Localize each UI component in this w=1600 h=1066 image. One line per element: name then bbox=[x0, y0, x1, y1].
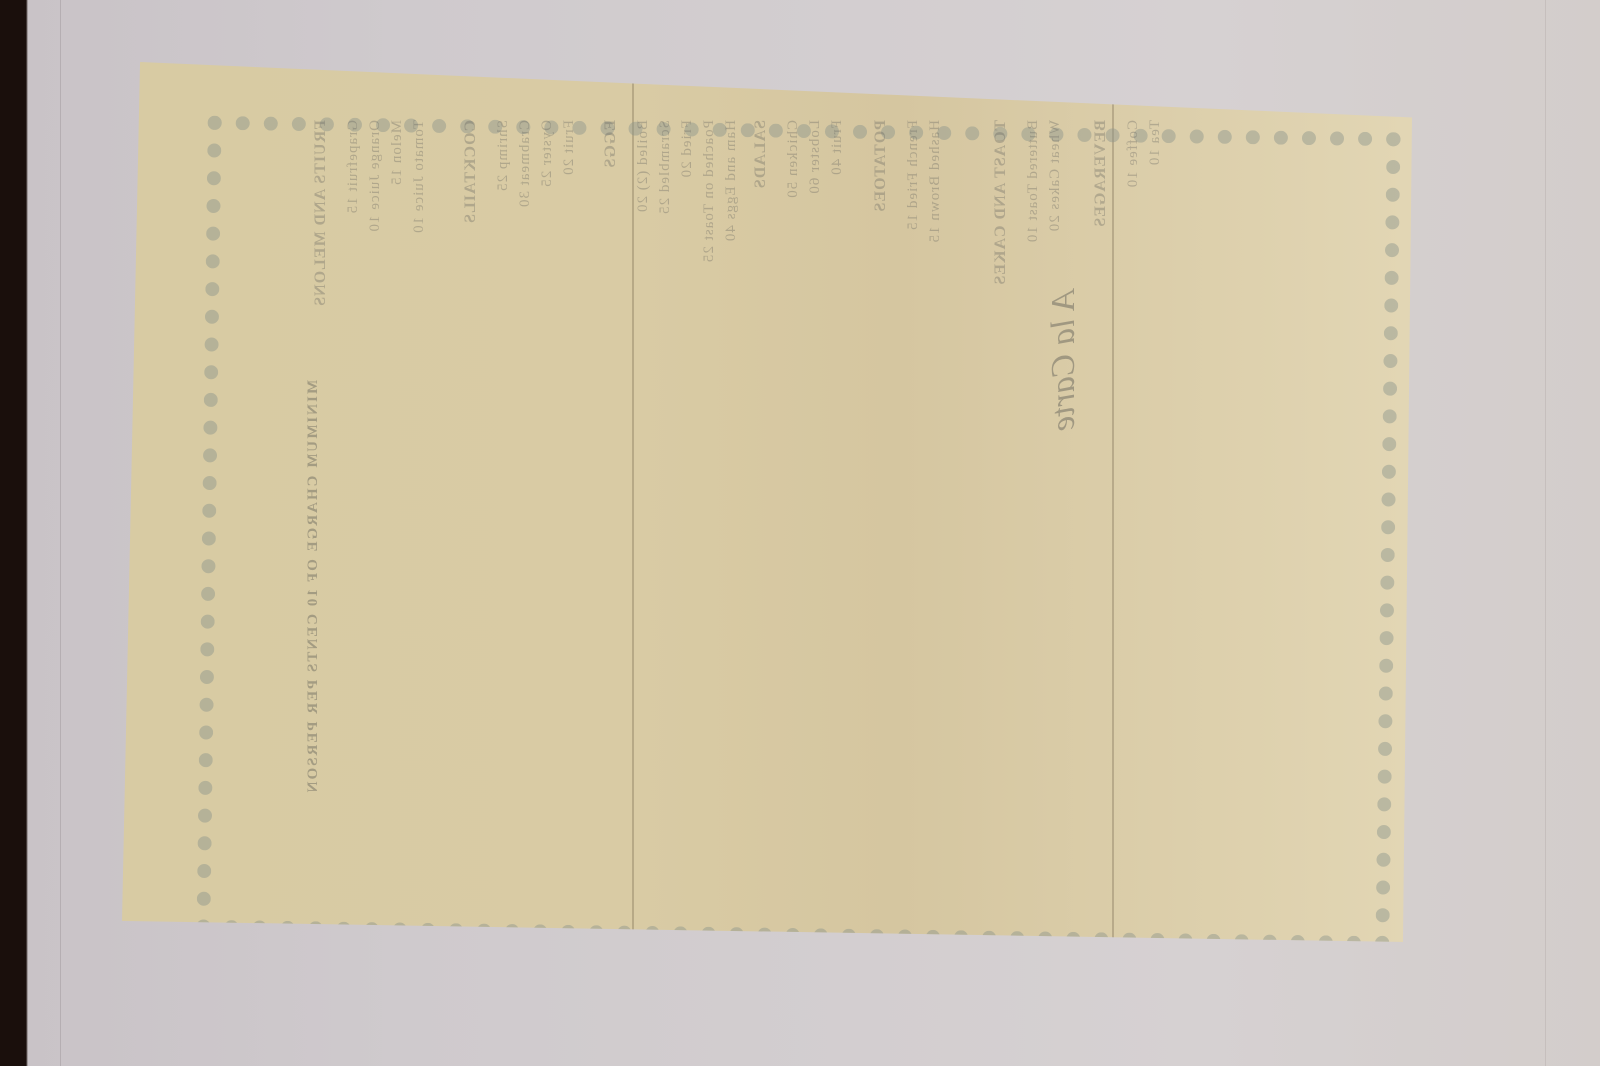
menu-item: Tomato Juice 10 bbox=[408, 120, 430, 880]
menu-item: Shrimp 25 bbox=[492, 120, 514, 880]
menu-footer: MINIMUM CHARGE OF 10 CENTS PER PERSON bbox=[305, 380, 322, 794]
menu-item: Fried 20 bbox=[676, 120, 698, 880]
menu-item: Oyster 25 bbox=[536, 120, 558, 880]
section-heading: COCKTAILS bbox=[460, 120, 482, 880]
menu-section: SALADS Chicken 50 Lobster 60 Fruit 40 bbox=[750, 120, 848, 880]
menu-item: Fruit 40 bbox=[826, 120, 848, 880]
menu-section: TOAST AND CAKES Buttered Toast 10 Wheat … bbox=[990, 120, 1066, 880]
menu-item: Poached on Toast 25 bbox=[698, 120, 720, 880]
wall-edge-line bbox=[1545, 0, 1546, 1066]
menu-item: Orange Juice 10 bbox=[364, 120, 386, 880]
menu-section: BEVERAGES Coffee 10 Tea 10 bbox=[1090, 120, 1166, 880]
menu-item: Chicken 50 bbox=[782, 120, 804, 880]
menu-item: Fruit 20 bbox=[558, 120, 580, 880]
menu-item: Grapefruit 15 bbox=[342, 120, 364, 880]
menu-section: EGGS Boiled (2) 20 Scrambled 25 Fried 20… bbox=[600, 120, 742, 880]
section-heading: SALADS bbox=[750, 120, 772, 880]
menu-item: Hashed Brown 15 bbox=[924, 120, 946, 880]
menu-section: FRUITS AND MELONS Grapefruit 15 Orange J… bbox=[310, 120, 430, 880]
menu-item: Buttered Toast 10 bbox=[1022, 120, 1044, 880]
section-heading: EGGS bbox=[600, 120, 622, 880]
menu-item: Ham and Eggs 40 bbox=[720, 120, 742, 880]
menu-item: Scrambled 25 bbox=[654, 120, 676, 880]
menu-item: Crabmeat 30 bbox=[514, 120, 536, 880]
menu-item: Melon 15 bbox=[386, 120, 408, 880]
mirrored-text-layer: FRUITS AND MELONS Grapefruit 15 Orange J… bbox=[170, 120, 1300, 880]
menu-item: French Fried 15 bbox=[902, 120, 924, 880]
section-heading: TOAST AND CAKES bbox=[990, 120, 1012, 880]
section-heading: BEVERAGES bbox=[1090, 120, 1112, 880]
section-heading: POTATOES bbox=[870, 120, 892, 880]
menu-section: POTATOES French Fried 15 Hashed Brown 15 bbox=[870, 120, 946, 880]
menu-section: COCKTAILS Shrimp 25 Crabmeat 30 Oyster 2… bbox=[460, 120, 580, 880]
menu-item: Wheat Cakes 20 bbox=[1044, 120, 1066, 880]
menu-item: Coffee 10 bbox=[1122, 120, 1144, 880]
wall-edge-line bbox=[60, 0, 61, 1066]
menu-item: Boiled (2) 20 bbox=[632, 120, 654, 880]
menu-item: Lobster 60 bbox=[804, 120, 826, 880]
menu-item: Tea 10 bbox=[1144, 120, 1166, 880]
